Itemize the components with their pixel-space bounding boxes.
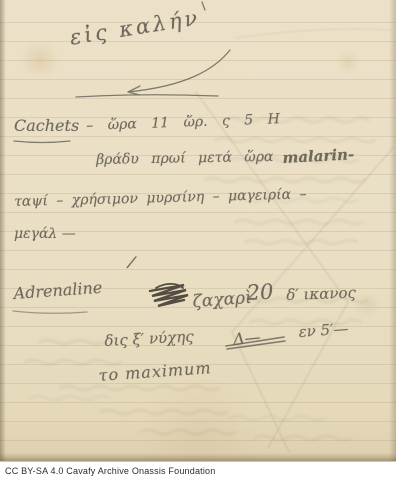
handwritten-word-ikanos: δ′ ικανος	[286, 284, 356, 304]
page-left-edge-shadow	[0, 0, 6, 461]
heading-flourish-arrow	[128, 50, 230, 92]
handwritten-word-struck: Δ—	[232, 327, 261, 349]
cachets-underline	[14, 141, 70, 143]
scanned-page: εἰς καλήν Cachets – ὥρα 11 ὥρ. ς 5 Η βρά…	[0, 0, 396, 479]
diagonal-pencil-lines	[196, 29, 393, 452]
license-text: CC BY-SA 4.0 Cavafy Archive Onassis Foun…	[5, 466, 215, 476]
scribble-strikeout	[150, 284, 188, 306]
license-bar: CC BY-SA 4.0 Cavafy Archive Onassis Foun…	[0, 461, 396, 479]
handwritten-line-megal: μεγάλ —	[14, 226, 76, 242]
handwritten-word-zachari: ζαχαρὶ	[192, 288, 252, 312]
adrenaline-underline	[13, 311, 87, 313]
page-bottom-edge-shadow	[0, 453, 396, 461]
handwritten-cachets-label: Cachets	[14, 116, 79, 135]
handwritten-line-morning: βράδυ πρωί μετά ὥρα	[96, 149, 274, 168]
handwritten-word-en5: εν 5′—	[298, 320, 349, 341]
handwritten-word-malarin: malarin-	[282, 145, 355, 167]
top-tick-mark	[202, 2, 205, 10]
handwritten-word-20: 20	[246, 280, 274, 305]
page-right-edge-shadow	[389, 0, 396, 461]
heading-underline	[76, 95, 218, 97]
